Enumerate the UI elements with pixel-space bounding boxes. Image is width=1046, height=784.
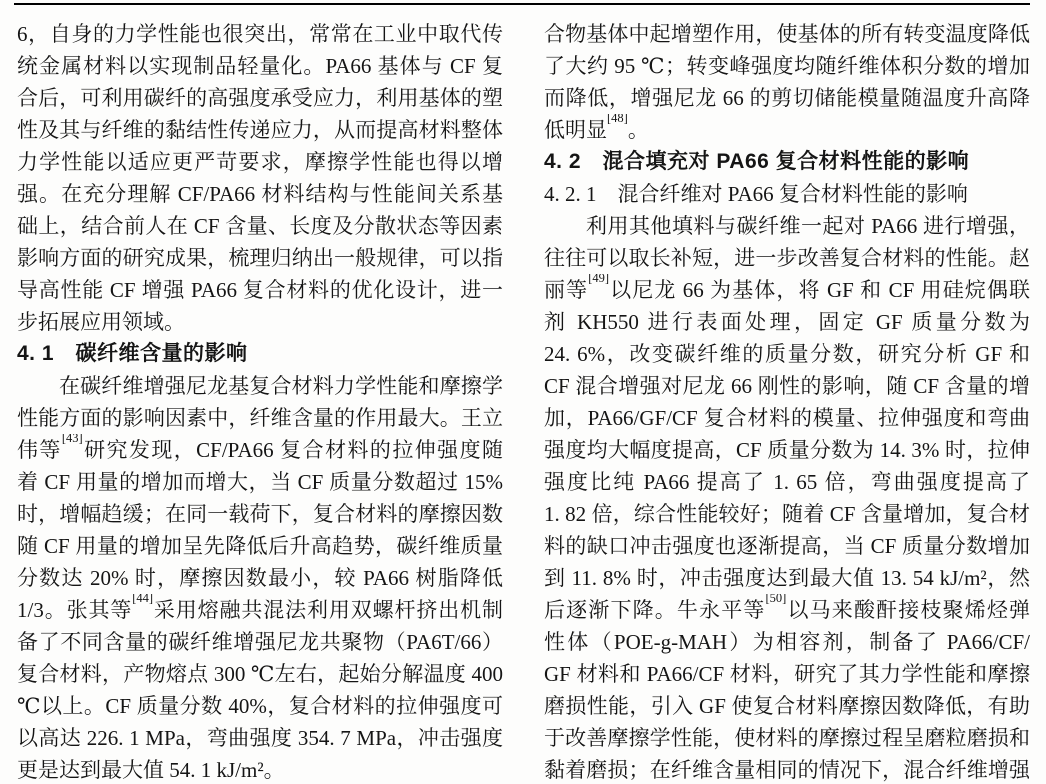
text-line: 后逐渐下降。牛永平等[50]以马来酸酐接枝聚烯烃弹 (544, 594, 1030, 626)
text-line: 性体（POE-g-MAH）为相容剂，制备了 PA66/CF/ (544, 626, 1030, 658)
text-line: 往往可以取长补短，进一步改善复合材料的性能。赵 (544, 242, 1030, 274)
text-column-right: 合物基体中起增塑作用，使基体的所有转变温度降低了大约 95 ℃；转变峰强度均随纤… (544, 18, 1030, 784)
text-line: 于改善摩擦学性能，使材料的摩擦过程呈磨粒磨损和 (544, 722, 1030, 754)
text-line: 础上，结合前人在 CF 含量、长度及分散状态等因素 (17, 210, 503, 242)
text-line: 着 CF 用量的增加而增大，当 CF 质量分数超过 15% (17, 466, 503, 498)
text-line: 黏着磨损；在纤维含量相同的情况下，混合纤维增强 (544, 754, 1030, 784)
citation-ref: [49] (588, 274, 609, 285)
text-line: 力学性能以适应更严苛要求，摩擦学性能也得以增 (17, 146, 503, 178)
page: 6，自身的力学性能也很突出，常常在工业中取代传统金属材料以实现制品轻量化。PA6… (0, 0, 1046, 784)
section-heading: 4. 2 混合填充对 PA66 复合材料性能的影响 (544, 146, 1030, 178)
text-line: 剂 KH550 进行表面处理，固定 GF 质量分数为 (544, 306, 1030, 338)
text-column-left: 6，自身的力学性能也很突出，常常在工业中取代传统金属材料以实现制品轻量化。PA6… (17, 18, 503, 784)
subsection-heading: 4. 2. 1 混合纤维对 PA66 复合材料性能的影响 (544, 178, 1030, 210)
text-line: 在碳纤维增强尼龙基复合材料力学性能和摩擦学 (17, 370, 503, 402)
text-line: 统金属材料以实现制品轻量化。PA66 基体与 CF 复 (17, 50, 503, 82)
section-heading: 4. 1 碳纤维含量的影响 (17, 338, 503, 370)
text-line: 分数达 20% 时，摩擦因数最小，较 PA66 树脂降低 (17, 562, 503, 594)
text-line: 24. 6%，改变碳纤维的质量分数，研究分析 GF 和 (544, 338, 1030, 370)
text-line: 复合材料，产物熔点 300 ℃左右，起始分解温度 400 (17, 658, 503, 690)
text-line: 低明显[48]。 (544, 114, 1030, 146)
text-line: 1. 82 倍，综合性能较好；随着 CF 含量增加，复合材 (544, 498, 1030, 530)
text-line: 而降低，增强尼龙 66 的剪切储能模量随温度升高降 (544, 82, 1030, 114)
text-line: 影响方面的研究成果，梳理归纳出一般规律，可以指 (17, 242, 503, 274)
text-line: 强度比纯 PA66 提高了 1. 65 倍，弯曲强度提高了 (544, 466, 1030, 498)
text-line: ℃以上。CF 质量分数 40%，复合材料的拉伸强度可 (17, 690, 503, 722)
text-line: 导高性能 CF 增强 PA66 复合材料的优化设计，进一 (17, 274, 503, 306)
text-line: CF 混合增强对尼龙 66 刚性的影响，随 CF 含量的增 (544, 370, 1030, 402)
text-line: 时，增幅趋缓；在同一载荷下，复合材料的摩擦因数 (17, 498, 503, 530)
header-rule (14, 3, 1030, 5)
citation-ref: [48] (607, 114, 628, 125)
text-line: 更是达到最大值 54. 1 kJ/m²。 (17, 754, 503, 784)
text-line: 性及其与纤维的黏结性传递应力，从而提高材料整体 (17, 114, 503, 146)
text-line: 料的缺口冲击强度也逐渐提高，当 CF 质量分数增加 (544, 530, 1030, 562)
text-line: 丽等[49]以尼龙 66 为基体，将 GF 和 CF 用硅烷偶联 (544, 274, 1030, 306)
text-line: 性能方面的影响因素中，纤维含量的作用最大。王立 (17, 402, 503, 434)
citation-ref: [50] (766, 594, 787, 605)
text-line: 随 CF 用量的增加呈先降低后升高趋势，碳纤维质量 (17, 530, 503, 562)
text-line: 合后，可利用碳纤的高强度承受应力，利用基体的塑 (17, 82, 503, 114)
text-line: 6，自身的力学性能也很突出，常常在工业中取代传 (17, 18, 503, 50)
text-line: 利用其他填料与碳纤维一起对 PA66 进行增强， (544, 210, 1030, 242)
text-line: 强。在充分理解 CF/PA66 材料结构与性能间关系基 (17, 178, 503, 210)
text-line: 到 11. 8% 时，冲击强度达到最大值 13. 54 kJ/m²，然 (544, 562, 1030, 594)
text-line: 合物基体中起增塑作用，使基体的所有转变温度降低 (544, 18, 1030, 50)
text-line: 伟等[43]研究发现，CF/PA66 复合材料的拉伸强度随 (17, 434, 503, 466)
text-line: 1/3。张其等[44]采用熔融共混法利用双螺杆挤出机制 (17, 594, 503, 626)
text-line: 强度均大幅度提高，CF 质量分数为 14. 3% 时，拉伸 (544, 434, 1030, 466)
text-line: 磨损性能，引入 GF 使复合材料摩擦因数降低，有助 (544, 690, 1030, 722)
text-line: 以高达 226. 1 MPa，弯曲强度 354. 7 MPa，冲击强度 (17, 722, 503, 754)
citation-ref: [44] (132, 594, 153, 605)
text-line: 了大约 95 ℃；转变峰强度均随纤维体积分数的增加 (544, 50, 1030, 82)
text-line: GF 材料和 PA66/CF 材料，研究了其力学性能和摩擦 (544, 658, 1030, 690)
citation-ref: [43] (62, 434, 83, 445)
text-line: 备了不同含量的碳纤维增强尼龙共聚物（PA6T/66） (17, 626, 503, 658)
text-line: 步拓展应用领域。 (17, 306, 503, 338)
text-line: 加，PA66/GF/CF 复合材料的模量、拉伸强度和弯曲 (544, 402, 1030, 434)
